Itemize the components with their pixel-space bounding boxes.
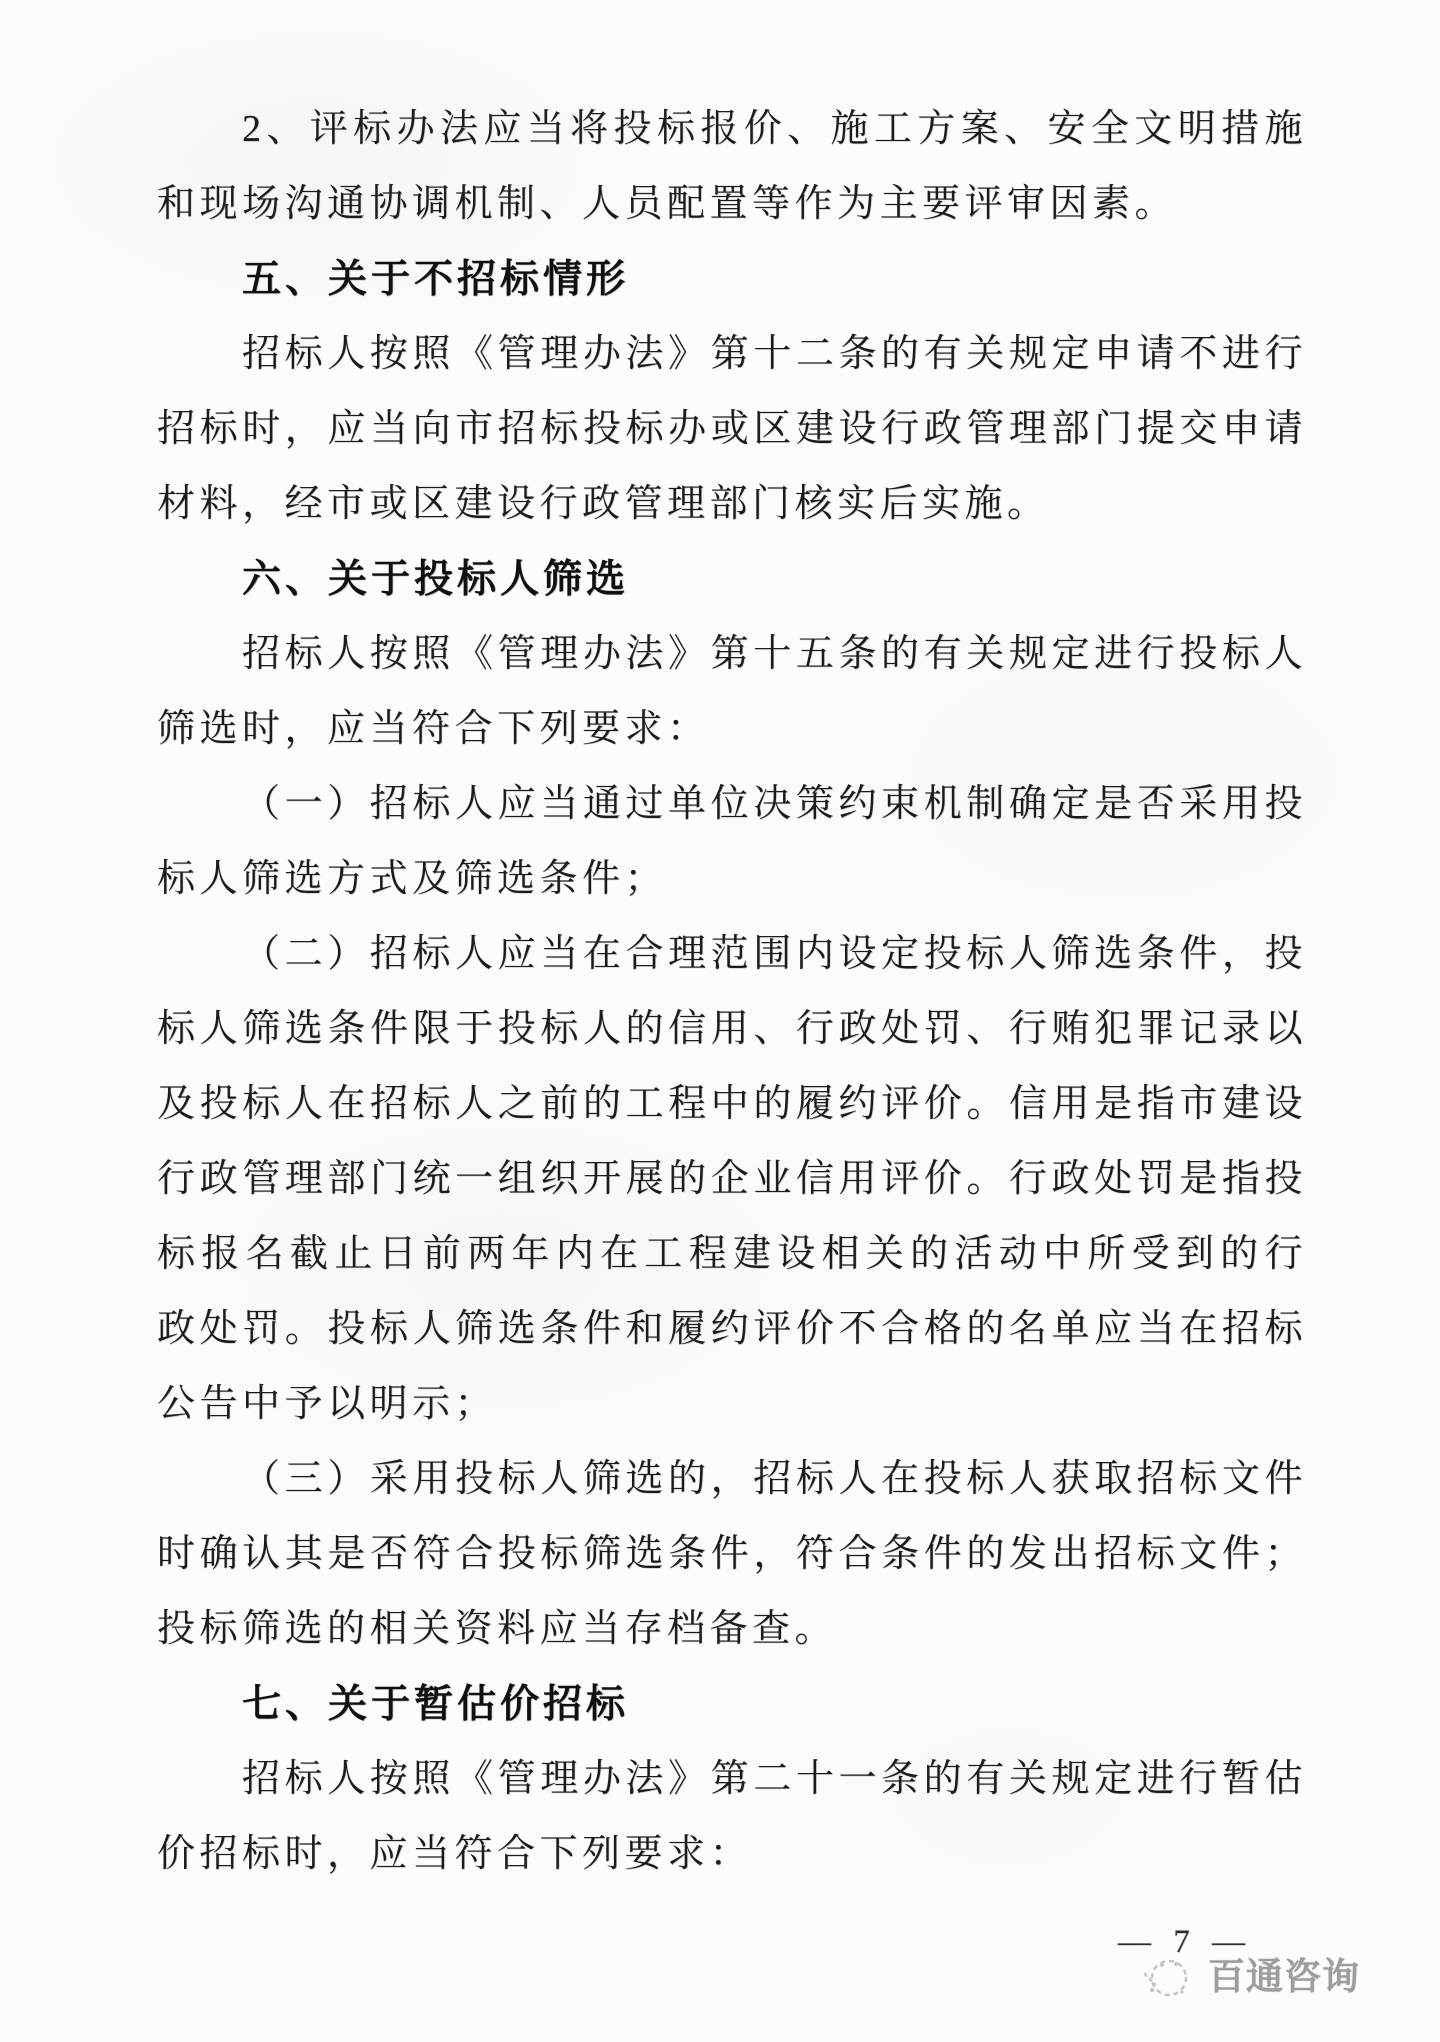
document-page: 2、评标办法应当将投标报价、施工方案、安全文明措施和现场沟通协调机制、人员配置等…: [0, 0, 1440, 2042]
text-line: 时确认其是否符合投标筛选条件，符合条件的发出招标文件；: [157, 1517, 1307, 1592]
text-line: 材料，经市或区建设行政管理部门核实后实施。: [157, 467, 1307, 542]
text-line: 行政管理部门统一组织开展的企业信用评价。行政处罚是指投: [157, 1142, 1307, 1217]
text-line: 和现场沟通协调机制、人员配置等作为主要评审因素。: [157, 167, 1307, 242]
text-line: 招标人按照《管理办法》第二十一条的有关规定进行暂估: [157, 1742, 1307, 1817]
text-line: （二）招标人应当在合理范围内设定投标人筛选条件，投: [157, 917, 1307, 992]
text-line: 2、评标办法应当将投标报价、施工方案、安全文明措施: [157, 92, 1307, 167]
document-body: 2、评标办法应当将投标报价、施工方案、安全文明措施和现场沟通协调机制、人员配置等…: [157, 92, 1307, 1892]
heading-line: 六、关于投标人筛选: [157, 542, 1307, 617]
text-line: （一）招标人应当通过单位决策约束机制确定是否采用投: [157, 767, 1307, 842]
text-line: 政处罚。投标人筛选条件和履约评价不合格的名单应当在招标: [157, 1292, 1307, 1367]
watermark-text: 百通咨询: [1208, 1950, 1360, 2004]
watermark-logo-icon: [1138, 1950, 1196, 2004]
heading-line: 七、关于暂估价招标: [157, 1667, 1307, 1742]
text-line: 筛选时，应当符合下列要求：: [157, 692, 1307, 767]
text-line: 投标筛选的相关资料应当存档备查。: [157, 1592, 1307, 1667]
text-line: 招标人按照《管理办法》第十五条的有关规定进行投标人: [157, 617, 1307, 692]
text-line: 招标时，应当向市招标投标办或区建设行政管理部门提交申请: [157, 392, 1307, 467]
text-line: 公告中予以明示；: [157, 1367, 1307, 1442]
text-line: （三）采用投标人筛选的，招标人在投标人获取招标文件: [157, 1442, 1307, 1517]
watermark: 百通咨询: [1138, 1950, 1360, 2004]
text-line: 标人筛选条件限于投标人的信用、行政处罚、行贿犯罪记录以: [157, 992, 1307, 1067]
text-line: 招标人按照《管理办法》第十二条的有关规定申请不进行: [157, 317, 1307, 392]
text-line: 标人筛选方式及筛选条件；: [157, 842, 1307, 917]
text-line: 及投标人在招标人之前的工程中的履约评价。信用是指市建设: [157, 1067, 1307, 1142]
heading-line: 五、关于不招标情形: [157, 242, 1307, 317]
text-line: 标报名截止日前两年内在工程建设相关的活动中所受到的行: [157, 1217, 1307, 1292]
text-line: 价招标时，应当符合下列要求：: [157, 1817, 1307, 1892]
